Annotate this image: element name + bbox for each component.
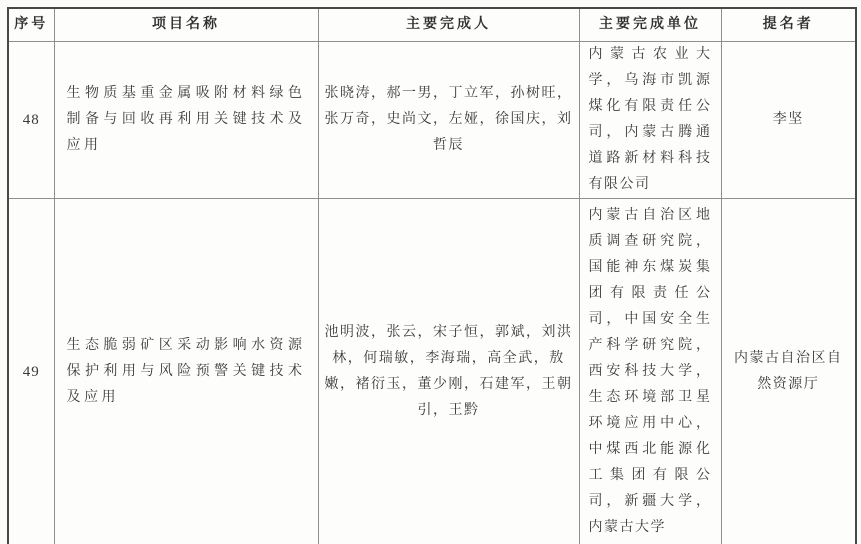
serial-cell: 48 [8,41,54,198]
nominator-cell: 内蒙古自治区自然资源厅 [721,198,856,544]
header-nominator: 提名者 [721,8,856,41]
header-project-name: 项目名称 [54,8,318,41]
nominator-cell: 李坚 [721,41,856,198]
table-row-48: 48 生物质基重金属吸附材料绿色制备与回收再利用关键技术及应用 张晓涛，郝一男，… [8,41,856,198]
header-serial-number: 序号 [8,8,54,41]
header-main-units: 主要完成单位 [579,8,721,41]
contributors-cell: 张晓涛，郝一男，丁立军，孙树旺，张万奇，史尚文，左娅，徐国庆，刘哲辰 [318,41,579,198]
header-row: 序号 项目名称 主要完成人 主要完成单位 提名者 [8,8,856,41]
units-cell: 内蒙古自治区地质调查研究院，国能神东煤炭集团有限责任公司，中国安全生产科学研究院… [579,198,721,544]
table-row-49: 49 生态脆弱矿区采动影响水资源保护利用与风险预警关键技术及应用 池明波，张云，… [8,198,856,544]
project-name-cell: 生物质基重金属吸附材料绿色制备与回收再利用关键技术及应用 [54,41,318,198]
project-name-cell: 生态脆弱矿区采动影响水资源保护利用与风险预警关键技术及应用 [54,198,318,544]
header-main-contributors: 主要完成人 [318,8,579,41]
units-cell: 内蒙古农业大学，乌海市凯源煤化有限责任公司，内蒙古腾通道路新材料科技有限公司 [579,41,721,198]
contributors-cell: 池明波，张云，宋子恒，郭斌，刘洪林，何瑞敏，李海瑞，高全武，敖嫩，褚衍玉，董少刚… [318,198,579,544]
serial-cell: 49 [8,198,54,544]
awards-table: 序号 项目名称 主要完成人 主要完成单位 提名者 48 生物质基重金属吸附材料绿… [7,7,857,544]
scanned-page: 序号 项目名称 主要完成人 主要完成单位 提名者 48 生物质基重金属吸附材料绿… [0,0,861,544]
